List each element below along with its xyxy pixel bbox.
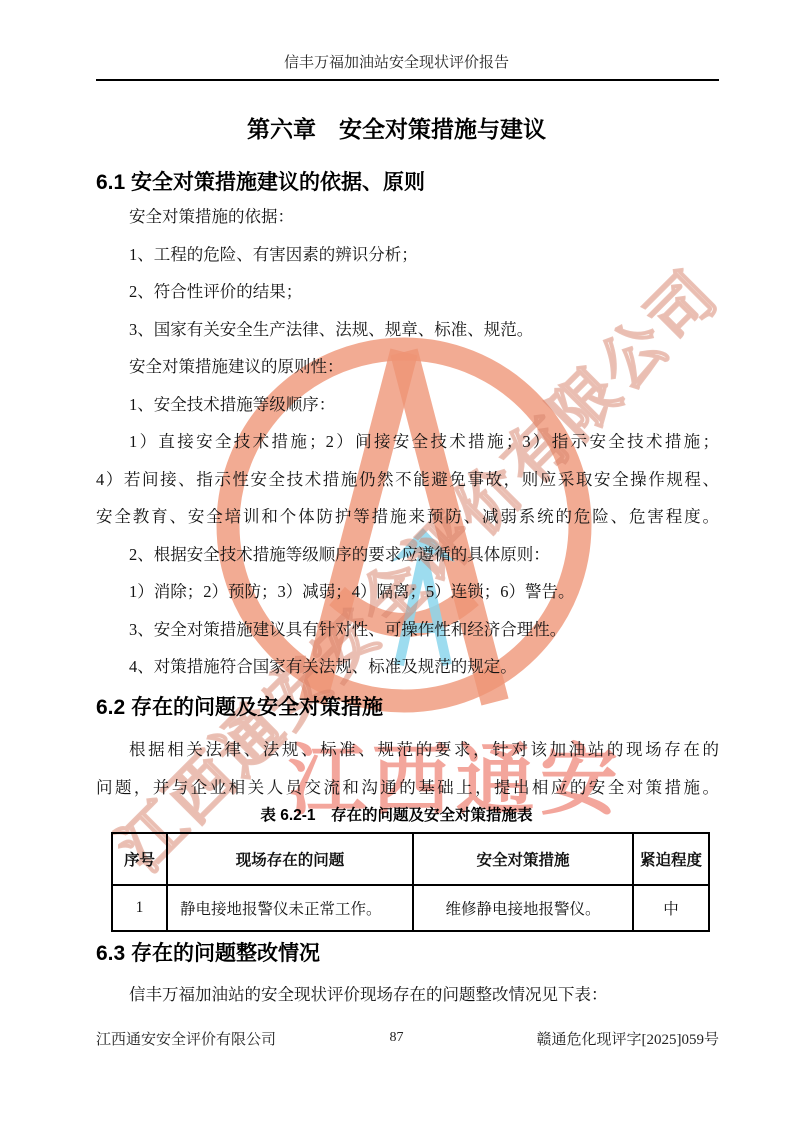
- body-line: 信丰万福加油站的安全现状评价现场存在的问题整改情况见下表：: [96, 976, 719, 1014]
- section-heading-6-2: 6.2 存在的问题及安全对策措施: [96, 691, 383, 721]
- body-line: 1）直接安全技术措施；2）间接安全技术措施；3）指示安全技术措施；: [96, 423, 719, 461]
- body-line: 2、符合性评价的结果；: [96, 273, 719, 311]
- body-line: 1、安全技术措施等级顺序：: [96, 386, 719, 424]
- table-header-cell: 安全对策措施: [413, 833, 633, 885]
- table-header-cell: 现场存在的问题: [167, 833, 413, 885]
- section-heading-6-1: 6.1 安全对策措施建议的依据、原则: [96, 166, 425, 196]
- chapter-title: 第六章 安全对策措施与建议: [0, 111, 793, 144]
- body-line: 2、根据安全技术措施等级顺序的要求应遵循的具体原则：: [96, 536, 719, 574]
- body-line: 3、国家有关安全生产法律、法规、规章、标准、规范。: [96, 311, 719, 349]
- issues-table: 序号 现场存在的问题 安全对策措施 紧迫程度 1 静电接地报警仪未正常工作。 维…: [111, 832, 710, 932]
- section-6-3-body: 信丰万福加油站的安全现状评价现场存在的问题整改情况见下表：: [96, 976, 719, 1014]
- section-6-1-body: 安全对策措施的依据： 1、工程的危险、有害因素的辨识分析； 2、符合性评价的结果…: [96, 198, 719, 686]
- footer-doc-number: 赣通危化现评字[2025]059号: [537, 1028, 720, 1049]
- body-line: 安全对策措施的依据：: [96, 198, 719, 236]
- body-line: 根据相关法律、法规、标准、规范的要求，针对该加油站的现场存在的: [96, 731, 719, 769]
- header-divider: [96, 79, 719, 81]
- body-line: 4）若间接、指示性安全技术措施仍然不能避免事故，则应采取安全操作规程、: [96, 461, 719, 499]
- table-header-cell: 紧迫程度: [633, 833, 709, 885]
- table-cell-problem: 静电接地报警仪未正常工作。: [167, 885, 413, 931]
- table-header-row: 序号 现场存在的问题 安全对策措施 紧迫程度: [112, 833, 709, 885]
- section-heading-6-3: 6.3 存在的问题整改情况: [96, 937, 320, 967]
- body-line: 安全教育、安全培训和个体防护等措施来预防、减弱系统的危险、危害程度。: [96, 498, 719, 536]
- table-cell-measure: 维修静电接地报警仪。: [413, 885, 633, 931]
- body-line: 3、安全对策措施建议具有针对性、可操作性和经济合理性。: [96, 611, 719, 649]
- document-page: 江西通安安全评价有限公司 江西通安 信丰万福加油站安全现状评价报告 第六章 安全…: [0, 0, 793, 1122]
- body-line: 问题，并与企业相关人员交流和沟通的基础上，提出相应的安全对策措施。: [96, 769, 719, 807]
- table-row: 1 静电接地报警仪未正常工作。 维修静电接地报警仪。 中: [112, 885, 709, 931]
- page-header-title: 信丰万福加油站安全现状评价报告: [0, 51, 793, 72]
- body-line: 安全对策措施建议的原则性：: [96, 348, 719, 386]
- body-line: 4、对策措施符合国家有关法规、标准及规范的规定。: [96, 648, 719, 686]
- content-layer: 信丰万福加油站安全现状评价报告 第六章 安全对策措施与建议 6.1 安全对策措施…: [0, 0, 793, 1122]
- body-line: 1、工程的危险、有害因素的辨识分析；: [96, 236, 719, 274]
- table-header-cell: 序号: [112, 833, 167, 885]
- table-cell-urgency: 中: [633, 885, 709, 931]
- section-6-2-body: 根据相关法律、法规、标准、规范的要求，针对该加油站的现场存在的 问题，并与企业相…: [96, 731, 719, 806]
- table-caption: 表 6.2-1 存在的问题及安全对策措施表: [0, 803, 793, 825]
- body-line: 1）消除；2）预防；3）减弱；4）隔离；5）连锁；6）警告。: [96, 573, 719, 611]
- table-cell-index: 1: [112, 885, 167, 931]
